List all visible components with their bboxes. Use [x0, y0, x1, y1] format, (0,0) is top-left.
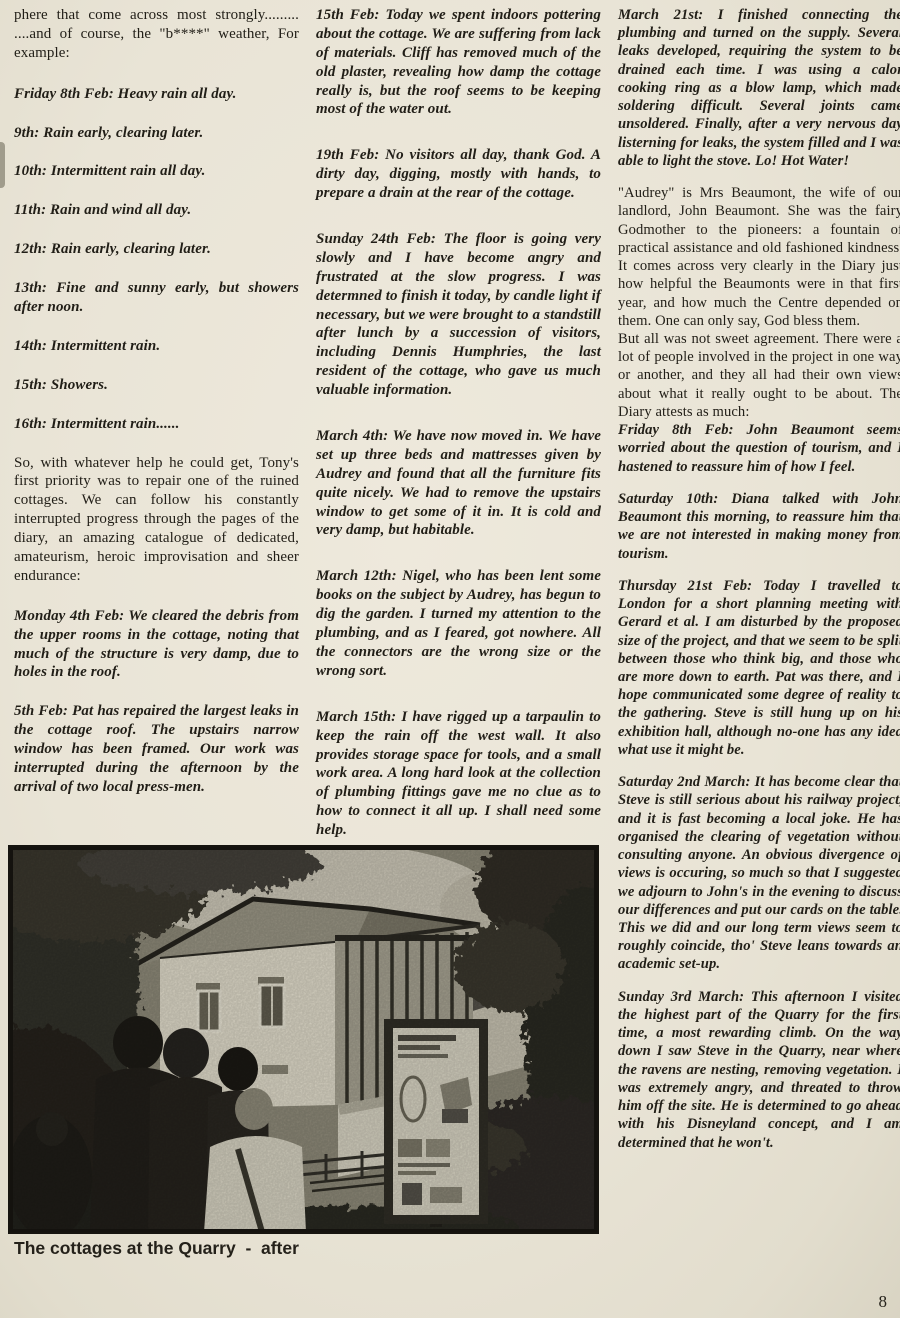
diary-entry: Saturday 10th: Diana talked with John Be…	[618, 490, 900, 563]
column-right: March 21st: I finished connecting the pl…	[618, 6, 900, 1152]
cottage-photo	[10, 847, 597, 1232]
paragraph: So, with whatever help he could get, Ton…	[14, 454, 299, 586]
scan-edge-artifact	[0, 142, 5, 188]
diary-entry: March 15th: I have rigged up a tarpaulin…	[316, 708, 601, 840]
diary-entry: 12th: Rain early, clearing later.	[14, 240, 299, 259]
diary-entry: Thursday 21st Feb: Today I travelled to …	[618, 577, 900, 759]
diary-entry: 5th Feb: Pat has repaired the largest le…	[14, 702, 299, 796]
diary-entry: 11th: Rain and wind all day.	[14, 201, 299, 220]
cottage-photo-art	[10, 847, 597, 1232]
diary-entry: Friday 8th Feb: Heavy rain all day.	[14, 85, 299, 104]
paragraph: phere that come across most strongly....…	[14, 6, 299, 63]
diary-entry: March 21st: I finished connecting the pl…	[618, 6, 900, 170]
diary-entry: Sunday 3rd March: This afternoon I visit…	[618, 988, 900, 1152]
paragraph: "Audrey" is Mrs Beaumont, the wife of ou…	[618, 184, 900, 330]
diary-entry: Saturday 2nd March: It has become clear …	[618, 773, 900, 974]
diary-entry: Sunday 24th Feb: The floor is going very…	[316, 230, 601, 400]
diary-entry: 10th: Intermittent rain all day.	[14, 162, 299, 181]
diary-entry: March 4th: We have now moved in. We have…	[316, 427, 601, 540]
photo-caption: The cottages at the Quarry - after	[14, 1238, 299, 1259]
diary-entry: 16th: Intermittent rain......	[14, 415, 299, 434]
page-number: 8	[879, 1292, 888, 1312]
diary-entry: 9th: Rain early, clearing later.	[14, 124, 299, 143]
diary-entry: 14th: Intermittent rain.	[14, 337, 299, 356]
diary-entry: Monday 4th Feb: We cleared the debris fr…	[14, 607, 299, 683]
diary-entry: 13th: Fine and sunny early, but showers …	[14, 279, 299, 317]
paragraph: But all was not sweet agreement. There w…	[618, 330, 900, 421]
diary-entry: 19th Feb: No visitors all day, thank God…	[316, 146, 601, 203]
diary-entry: 15th: Showers.	[14, 376, 299, 395]
diary-entry: March 12th: Nigel, who has been lent som…	[316, 567, 601, 680]
diary-entry: Friday 8th Feb: John Beaumont seems worr…	[618, 421, 900, 476]
diary-entry: 15th Feb: Today we spent indoors potteri…	[316, 6, 601, 119]
scanned-page: phere that come across most strongly....…	[0, 0, 900, 1318]
